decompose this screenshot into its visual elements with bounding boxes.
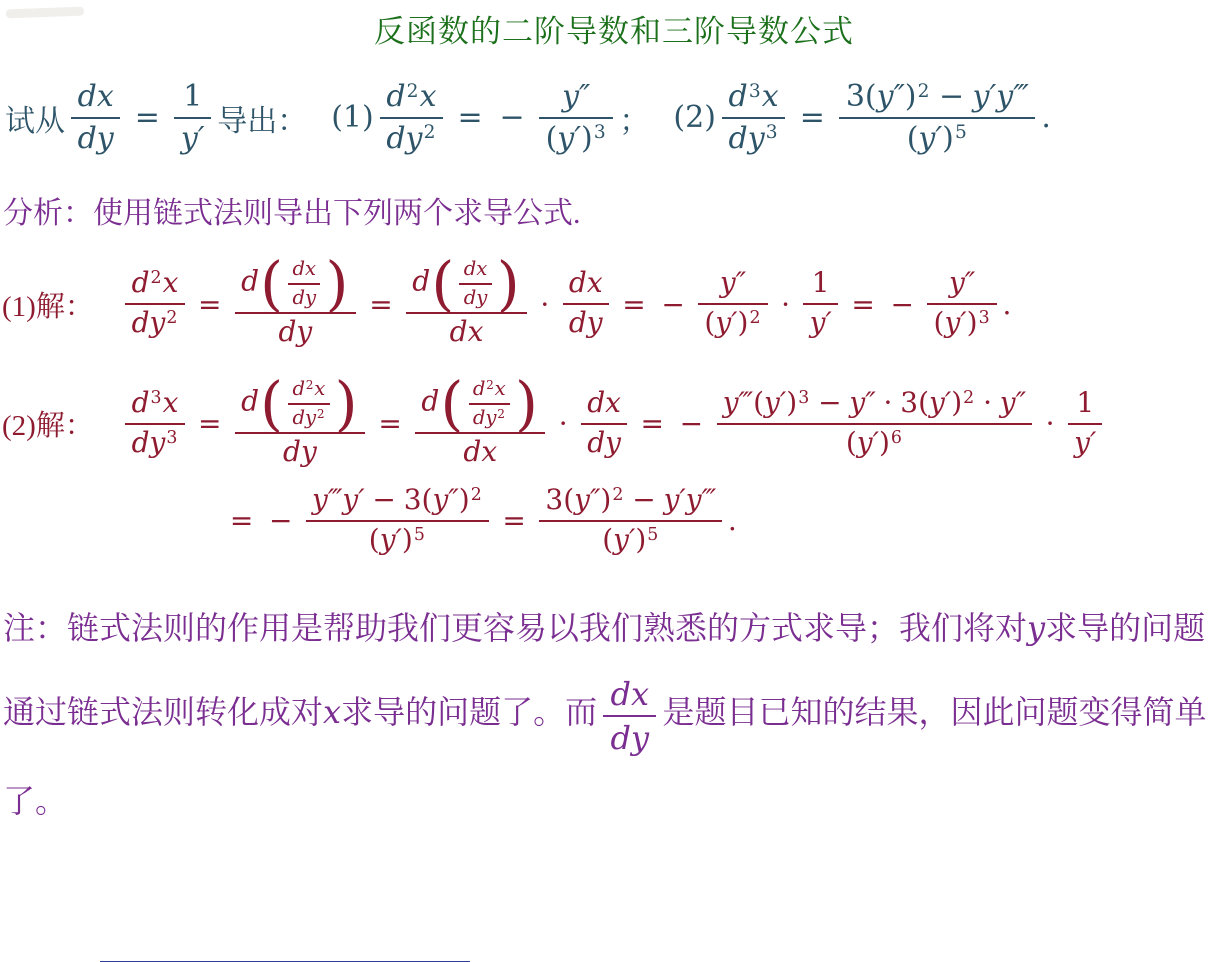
- denominator: (y′)5: [306, 520, 489, 560]
- superscript-token: 2: [612, 485, 623, 505]
- operator-token: −: [372, 483, 395, 516]
- superscript-token: 5: [955, 122, 967, 143]
- italic-token: y″: [877, 79, 905, 114]
- text-token: 求导的问题了。而: [341, 694, 597, 730]
- italic-token: dx: [450, 315, 484, 348]
- fraction: y‴(y′)3−y″·3(y′)2·y″(y′)6: [717, 385, 1033, 463]
- fraction: d2xdy2: [125, 265, 184, 343]
- operator-token: =: [800, 100, 825, 135]
- operator-token: =: [502, 504, 525, 537]
- denominator: dy2: [288, 403, 329, 432]
- denominator: dy3: [722, 117, 785, 159]
- superscript-token: 2: [497, 407, 505, 421]
- roman-token: ): [942, 121, 954, 156]
- numerator: y‴(y′)3−y″·3(y′)2·y″: [717, 385, 1033, 423]
- roman-token: ): [951, 386, 962, 419]
- italic-token: dy: [293, 406, 317, 429]
- italic-token: y′y‴: [973, 79, 1029, 114]
- operator-token: −: [939, 79, 964, 114]
- italic-token: d: [421, 384, 439, 417]
- page-title: 反函数的二阶导数和三阶导数公式: [0, 6, 1228, 51]
- denominator: y′: [174, 117, 211, 159]
- roman-token: 3(: [404, 483, 433, 516]
- operator-token: ·: [781, 288, 790, 321]
- italic-token: x: [323, 693, 341, 731]
- roman-token: (: [753, 386, 764, 419]
- right-paren: ): [514, 376, 539, 432]
- roman-token: (: [546, 121, 558, 156]
- fraction: dxdy: [603, 673, 656, 759]
- superscript-token: 3: [979, 308, 990, 328]
- italic-token: y″: [562, 79, 590, 114]
- roman-token: (2): [673, 100, 716, 135]
- italic-token: x: [163, 386, 179, 419]
- operator-token: =: [230, 504, 253, 537]
- numerator: y″: [539, 77, 613, 117]
- numerator: y″: [698, 265, 767, 303]
- italic-token: dx: [569, 266, 603, 299]
- italic-token: y′: [944, 306, 966, 339]
- roman-token: 1: [812, 266, 830, 299]
- operator-token: −: [499, 100, 524, 135]
- denominator: (y′)3: [927, 303, 996, 343]
- numerator: d2x: [380, 77, 443, 117]
- denominator: dx: [415, 432, 545, 472]
- superscript-token: 2: [749, 308, 760, 328]
- operator-token: −: [661, 288, 684, 321]
- italic-token: y″: [849, 386, 875, 419]
- numerator: 1: [174, 77, 211, 117]
- numerator: d3x: [125, 385, 184, 423]
- roman-token: ): [967, 306, 978, 339]
- superscript-token: 3: [166, 428, 177, 448]
- roman-token: ): [600, 483, 611, 516]
- fraction: d(d2xdy2)dx: [415, 376, 545, 472]
- italic-token: d: [473, 377, 486, 400]
- operator-token: =: [458, 100, 483, 135]
- fraction: y″(y′)2: [698, 265, 767, 343]
- fraction: 1y′: [803, 265, 838, 343]
- roman-token: (: [846, 426, 857, 459]
- italic-token: y″: [574, 483, 600, 516]
- analysis-line: 分析：使用链式法则导出下列两个求导公式.: [3, 188, 1228, 232]
- italic-token: d: [293, 377, 306, 400]
- italic-token: y′: [764, 386, 786, 419]
- operator-token: −: [680, 407, 703, 440]
- italic-token: dy: [587, 426, 621, 459]
- operator-token: ·: [983, 386, 992, 419]
- italic-token: dy: [278, 315, 312, 348]
- roman-token: 1: [1076, 386, 1094, 419]
- denominator: dy: [235, 432, 365, 472]
- operator-token: =: [198, 288, 221, 321]
- fraction: 1y′: [1068, 385, 1103, 463]
- italic-token: dy: [293, 286, 317, 309]
- roman-token: .: [728, 504, 737, 537]
- numerator: 1: [803, 265, 838, 303]
- superscript-token: 3: [749, 81, 761, 102]
- fraction: y″(y′)3: [539, 77, 613, 158]
- superscript-token: 2: [471, 485, 482, 505]
- italic-token: x: [314, 377, 325, 400]
- superscript-token: 3: [151, 388, 162, 408]
- numerator: d2x: [288, 376, 329, 403]
- numerator: 1: [1068, 385, 1103, 423]
- denominator: dy3: [125, 423, 184, 463]
- fraction: d2xdy2: [288, 376, 329, 432]
- superscript-token: 2: [407, 81, 419, 102]
- italic-token: dy: [386, 121, 422, 156]
- denominator: dy: [459, 283, 491, 312]
- numerator: d(dxdy): [406, 256, 527, 312]
- fraction: y‴y′−3(y″)2(y′)5: [306, 482, 489, 560]
- superscript-token: 5: [414, 525, 425, 545]
- roman-token: ): [459, 483, 470, 516]
- denominator: dy: [603, 715, 656, 759]
- fraction: dxdy: [581, 385, 627, 463]
- left-paren: (: [430, 256, 455, 312]
- denominator: y′: [803, 303, 838, 343]
- fraction: 3(y″)2−y′y‴(y′)5: [839, 77, 1035, 158]
- right-paren: ): [334, 376, 359, 432]
- solution-2-row: (2)解： d3xdy3=d(d2xdy2)dy=d(d2xdy2)dx·dxd…: [2, 376, 1228, 472]
- denominator: dy2: [125, 303, 184, 343]
- text-token: 试从: [5, 96, 65, 140]
- roman-token: ): [879, 426, 890, 459]
- superscript-token: 3: [766, 122, 778, 143]
- denominator: y′: [1068, 423, 1103, 463]
- italic-token: y′: [918, 121, 942, 156]
- italic-token: y′: [857, 426, 879, 459]
- roman-token: 3(: [900, 386, 929, 419]
- numerator: d(d2xdy2): [415, 376, 545, 432]
- superscript-token: 2: [963, 388, 974, 408]
- italic-token: y′: [715, 306, 737, 339]
- superscript-token: 2: [306, 378, 314, 392]
- left-paren: (: [259, 376, 284, 432]
- italic-token: dy: [132, 306, 166, 339]
- operator-token: −: [632, 483, 655, 516]
- right-paren: ): [324, 256, 349, 312]
- operator-token: =: [641, 407, 664, 440]
- roman-token: ): [786, 386, 797, 419]
- roman-token: 1: [183, 79, 202, 114]
- denominator: dy: [71, 117, 120, 159]
- note-paragraph: 注：链式法则的作用是帮助我们更容易以我们熟悉的方式求导；我们将对y求导的问题通过…: [3, 586, 1218, 844]
- superscript-token: 2: [424, 122, 436, 143]
- numerator: dx: [581, 385, 627, 423]
- operator-token: ·: [559, 407, 568, 440]
- operator-token: ·: [1046, 407, 1055, 440]
- roman-token: (: [907, 121, 919, 156]
- roman-token: ): [402, 523, 413, 556]
- superscript-token: 2: [918, 81, 930, 102]
- numerator: d2x: [125, 265, 184, 303]
- denominator: dy2: [380, 117, 443, 159]
- superscript-token: 3: [594, 122, 606, 143]
- fraction: dxdy: [459, 256, 491, 312]
- roman-token: (: [369, 523, 380, 556]
- numerator: dx: [288, 256, 320, 283]
- fraction: dxdy: [71, 77, 120, 158]
- solution-1-label: (1)解：: [2, 284, 94, 325]
- page-root: 反函数的二阶导数和三阶导数公式 试从dxdy=1y′导出：(1)d2xdy2=−…: [0, 6, 1228, 962]
- superscript-token: 6: [891, 428, 902, 448]
- italic-token: dy: [78, 121, 114, 156]
- italic-token: dx: [463, 435, 497, 468]
- italic-token: y′y‴: [664, 483, 717, 516]
- italic-token: x: [762, 79, 779, 114]
- roman-token: (: [704, 306, 715, 339]
- numerator: y‴y′−3(y″)2: [306, 482, 489, 520]
- denominator: dy: [581, 423, 627, 463]
- italic-token: d: [132, 266, 150, 299]
- italic-token: dy: [132, 426, 166, 459]
- denominator: (y′)5: [539, 520, 722, 560]
- right-paren: ): [496, 256, 521, 312]
- fraction: 3(y″)2−y′y‴(y′)5: [539, 482, 722, 560]
- numerator: d(d2xdy2): [235, 376, 365, 432]
- denominator: (y′)5: [839, 117, 1035, 159]
- fraction: d(dxdy)dx: [406, 256, 527, 352]
- italic-token: dx: [611, 675, 650, 713]
- italic-token: dx: [293, 257, 317, 280]
- italic-token: y′: [181, 121, 205, 156]
- denominator: (y′)2: [698, 303, 767, 343]
- fraction: d2xdy2: [469, 376, 510, 432]
- italic-token: y′: [380, 523, 402, 556]
- denominator: dx: [406, 312, 527, 352]
- numerator: d3x: [722, 77, 785, 117]
- italic-token: dx: [464, 257, 488, 280]
- fraction: dxdy: [563, 265, 609, 343]
- italic-token: dy: [729, 121, 765, 156]
- numerator: dx: [459, 256, 491, 283]
- fraction: dxdy: [288, 256, 320, 312]
- operator-token: =: [369, 288, 392, 321]
- operator-token: =: [135, 100, 160, 135]
- italic-token: y″: [1000, 386, 1026, 419]
- italic-token: y: [1027, 609, 1045, 647]
- italic-token: d: [412, 265, 430, 298]
- paren-group: (d2xdy2): [439, 376, 539, 432]
- numerator: d(dxdy): [235, 256, 356, 312]
- roman-token: ): [905, 79, 917, 114]
- paren-group: (dxdy): [430, 256, 521, 312]
- italic-token: d: [386, 79, 405, 114]
- italic-token: y‴y′: [312, 483, 365, 516]
- operator-token: ·: [540, 288, 549, 321]
- italic-token: dx: [587, 386, 621, 419]
- denominator: dy2: [469, 403, 510, 432]
- italic-token: dx: [78, 79, 114, 114]
- roman-token: (: [602, 523, 613, 556]
- roman-token: 3(: [545, 483, 574, 516]
- fraction: d(d2xdy2)dy: [235, 376, 365, 472]
- fraction: d(dxdy)dy: [235, 256, 356, 352]
- solution-2-math: d3xdy3=d(d2xdy2)dy=d(d2xdy2)dx·dxdy=−y‴(…: [120, 376, 1108, 472]
- italic-token: y′: [613, 523, 635, 556]
- solution-1-row: (1)解： d2xdy2=d(dxdy)dy=d(dxdy)dx·dxdy=−y…: [2, 256, 1228, 352]
- fraction: 1y′: [174, 77, 211, 158]
- denominator: dy: [235, 312, 356, 352]
- solution-1-math: d2xdy2=d(dxdy)dy=d(dxdy)dx·dxdy=−y″(y′)2…: [120, 256, 1012, 352]
- problem-statement: 试从dxdy=1y′导出：(1)d2xdy2=−y″(y′)3；(2)d3xdy…: [5, 77, 1224, 158]
- operator-token: −: [269, 504, 292, 537]
- italic-token: y′: [929, 386, 951, 419]
- roman-token: ): [738, 306, 749, 339]
- operator-token: −: [818, 386, 841, 419]
- italic-token: x: [495, 377, 506, 400]
- paren-group: (d2xdy2): [259, 376, 359, 432]
- roman-token: ): [635, 523, 646, 556]
- italic-token: x: [163, 266, 179, 299]
- italic-token: d: [241, 384, 259, 417]
- numerator: dx: [563, 265, 609, 303]
- italic-token: d: [241, 265, 259, 298]
- text-token: ；: [619, 96, 649, 140]
- operator-token: =: [198, 407, 221, 440]
- roman-token: 3(: [846, 79, 877, 114]
- text-token: 注：链式法则的作用是帮助我们更容易以我们熟悉的方式求导；我们将对: [3, 610, 1027, 646]
- roman-token: (: [934, 306, 945, 339]
- italic-token: dy: [464, 286, 488, 309]
- operator-token: −: [891, 288, 914, 321]
- superscript-token: 2: [317, 407, 325, 421]
- numerator: dx: [603, 673, 656, 715]
- italic-token: y‴: [723, 386, 753, 419]
- operator-token: =: [622, 288, 645, 321]
- roman-token: (1): [331, 100, 374, 135]
- italic-token: dy: [473, 406, 497, 429]
- italic-token: d: [132, 386, 150, 419]
- denominator: (y′)3: [539, 117, 613, 159]
- numerator: d2x: [469, 376, 510, 403]
- fraction: y″(y′)3: [927, 265, 996, 343]
- denominator: dy: [288, 283, 320, 312]
- italic-token: y′: [810, 306, 832, 339]
- italic-token: y″: [720, 266, 746, 299]
- italic-token: x: [420, 79, 437, 114]
- operator-token: =: [851, 288, 874, 321]
- denominator: dy: [563, 303, 609, 343]
- superscript-token: 3: [798, 388, 809, 408]
- superscript-token: 2: [486, 378, 494, 392]
- paren-group: (dxdy): [259, 256, 350, 312]
- operator-token: =: [378, 407, 401, 440]
- roman-token: .: [1002, 288, 1011, 321]
- superscript-token: 2: [166, 308, 177, 328]
- fraction: d2xdy2: [380, 77, 443, 158]
- italic-token: dy: [611, 719, 650, 757]
- fraction: d3xdy3: [125, 385, 184, 463]
- denominator: (y′)6: [717, 423, 1033, 463]
- fraction: d3xdy3: [722, 77, 785, 158]
- numerator: y″: [927, 265, 996, 303]
- italic-token: y′: [557, 121, 581, 156]
- solution-2-label: (2)解：: [2, 403, 94, 444]
- numerator: 3(y″)2−y′y‴: [839, 77, 1035, 117]
- text-token: 导出：: [217, 96, 307, 140]
- superscript-token: 2: [151, 268, 162, 288]
- italic-token: y′: [1074, 426, 1096, 459]
- left-paren: (: [259, 256, 284, 312]
- italic-token: d: [729, 79, 748, 114]
- italic-token: dy: [283, 435, 317, 468]
- numerator: dx: [71, 77, 120, 117]
- operator-token: ·: [884, 386, 893, 419]
- italic-token: y″: [432, 483, 458, 516]
- roman-token: ): [581, 121, 593, 156]
- superscript-token: 5: [647, 525, 658, 545]
- roman-token: .: [1041, 100, 1051, 135]
- italic-token: dy: [569, 306, 603, 339]
- numerator: 3(y″)2−y′y‴: [539, 482, 722, 520]
- solution-2-continuation: =−y‴y′−3(y″)2(y′)5=3(y″)2−y′y‴(y′)5.: [222, 482, 1228, 560]
- left-paren: (: [439, 376, 464, 432]
- italic-token: y″: [949, 266, 975, 299]
